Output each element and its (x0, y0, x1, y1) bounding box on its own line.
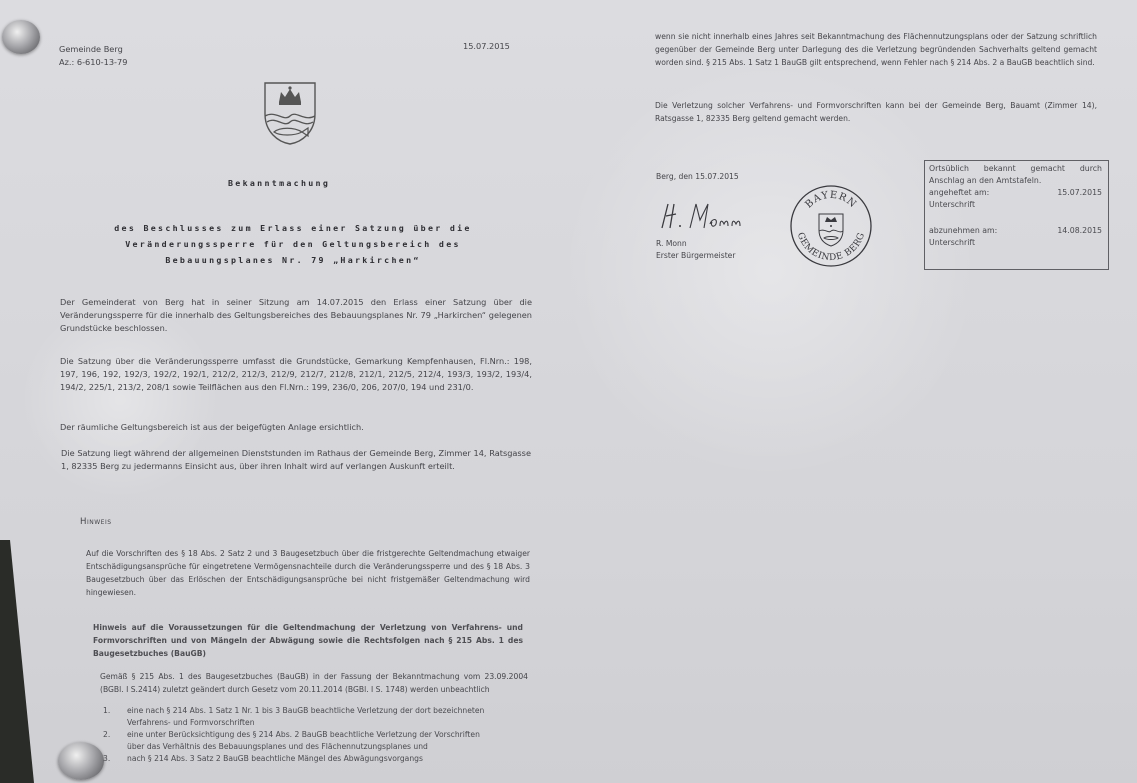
posted-signature-label: Unterschrift (929, 199, 1102, 211)
pushpin-icon (58, 742, 104, 780)
right-paragraph-1: wenn sie nicht innerhalb eines Jahres se… (655, 30, 1097, 69)
posted-label: angeheftet am: (929, 188, 989, 197)
list-item: 3. nach § 214 Abs. 3 Satz 2 BauGB beacht… (103, 753, 484, 765)
body-paragraph-1: Der Gemeinderat von Berg hat in seiner S… (60, 296, 532, 335)
posted-row: angeheftet am: 15.07.2015 (929, 187, 1102, 199)
svg-text:BAYERN: BAYERN (803, 190, 858, 211)
coat-of-arms-icon (262, 80, 318, 146)
posting-record-box: Ortsüblich bekannt gemacht durch Anschla… (924, 160, 1109, 270)
notice-page: Gemeinde Berg Az.: 6-610-13-79 15.07.201… (0, 0, 1137, 783)
right-paragraph-2: Die Verletzung solcher Verfahrens- und F… (655, 99, 1097, 125)
list-item: 2. eine unter Berücksichtigung des § 214… (103, 729, 484, 753)
posted-date: 15.07.2015 (1057, 187, 1102, 199)
signature-icon (656, 200, 756, 232)
municipality-name: Gemeinde Berg (59, 43, 123, 56)
remove-date: 14.08.2015 (1057, 225, 1102, 237)
unbeachtlich-list: 1. eine nach § 214 Abs. 1 Satz 1 Nr. 1 b… (103, 705, 484, 765)
pushpin-icon (2, 20, 40, 54)
body-paragraph-3: Der räumliche Geltungsbereich ist aus de… (60, 421, 364, 434)
mayor-role: Erster Bürgermeister (656, 249, 735, 262)
list-item: 1. eine nach § 214 Abs. 1 Satz 1 Nr. 1 b… (103, 705, 484, 729)
subheading-line: Bebauungsplanes Nr. 79 „Harkirchen“ (98, 252, 488, 268)
posting-line-2: Anschlag an den Amtstafeln. (929, 175, 1102, 187)
hinweis-subheading: Hinweis auf die Voraussetzungen für die … (93, 621, 523, 660)
subheading-line: Veränderungssperre für den Geltungsberei… (98, 236, 488, 252)
notice-heading: Bekanntmachung (228, 178, 330, 188)
file-number: Az.: 6-610-13-79 (59, 56, 127, 69)
hinweis-label: Hinweis (80, 516, 112, 529)
notice-subheading: des Beschlusses zum Erlass einer Satzung… (98, 220, 488, 268)
official-seal-icon: BAYERN GEMEINDE BERG (789, 184, 873, 268)
remove-row: abzunehmen am: 14.08.2015 (929, 225, 1102, 237)
remove-signature-label: Unterschrift (929, 237, 1102, 249)
subheading-line: des Beschlusses zum Erlass einer Satzung… (98, 220, 488, 236)
header-date: 15.07.2015 (463, 40, 510, 53)
hinweis-paragraph: Auf die Vorschriften des § 18 Abs. 2 Sat… (86, 547, 530, 599)
background-edge (0, 540, 34, 783)
hinweis-intro: Gemäß § 215 Abs. 1 des Baugesetzbuches (… (100, 670, 528, 696)
body-paragraph-4: Die Satzung liegt während der allgemeine… (61, 447, 531, 473)
place-date: Berg, den 15.07.2015 (656, 170, 739, 183)
posting-line-1: Ortsüblich bekannt gemacht durch (929, 163, 1102, 175)
remove-label: abzunehmen am: (929, 226, 997, 235)
body-paragraph-2: Die Satzung über die Veränderungssperre … (60, 355, 532, 394)
